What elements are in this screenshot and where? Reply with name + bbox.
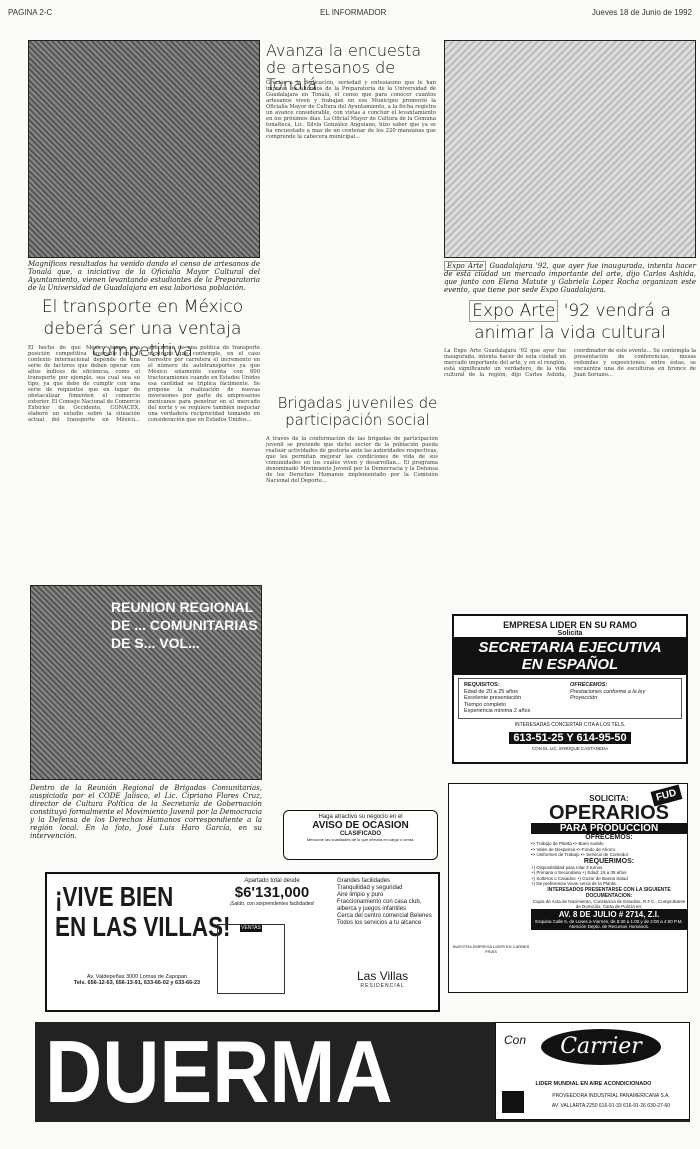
carrier-box: Con Carrier LIDER MUNDIAL EN AIRE ACONDI…	[495, 1022, 690, 1120]
secretaria-ad: EMPRESA LIDER EN SU RAMO Solicita SECRET…	[452, 614, 688, 764]
carrier-logo: Carrier	[541, 1029, 661, 1065]
villas-price: Apartado total desde$6'131,000¡Saldo, co…	[222, 878, 322, 907]
brigadas-headline: Brigadas juveniles de participación soci…	[275, 395, 440, 429]
secretaria-phones: 613-51-25 Y 614-95-50	[509, 732, 630, 744]
villas-features: Grandes facilidadesTranquilidad y seguri…	[337, 878, 437, 927]
artisans-photo-caption: Magníficos resultados ha venido dando el…	[28, 260, 260, 292]
aviso-ocasion-ad: Haga atractivo su negocio en el AVISO DE…	[283, 810, 438, 860]
expo-headline: Expo Arte '92 vendrá a animar la vida cu…	[444, 300, 696, 344]
brigadas-body: A través de la conformación de las briga…	[266, 436, 438, 796]
villas-headline: ¡VIVE BIENEN LAS VILLAS!	[55, 882, 230, 942]
secretaria-contact: INTERESADAS CONCERTAR CITA A LOS TELS.	[454, 722, 686, 728]
expo-arte-photo-caption: Expo Arte Guadalajara '92, que ayer fue …	[444, 262, 696, 294]
secretaria-with: CON EL LIC. ENRIQUE CASTAÑEDA	[454, 746, 686, 751]
villas-contact: Av. Valdepeñas 3000 Lomas de ZapopanTels…	[57, 974, 217, 986]
villas-map: VENTAS	[217, 924, 285, 994]
expo-arte-photo	[444, 40, 696, 258]
pip-logo	[502, 1091, 524, 1113]
secretaria-solicita: Solicita	[454, 630, 686, 637]
secretaria-title: SECRETARIA EJECUTIVAEN ESPAÑOL	[454, 637, 686, 675]
villas-logo: Las VillasRESIDENCIAL	[357, 969, 408, 989]
reunion-banner-text: REUNION REGIONAL DE ... COMUNITARIAS DE …	[111, 599, 258, 651]
page-number: PAGINA 2-C	[8, 8, 52, 17]
reunion-photo-caption: Dentro de la Reunión Regional de Brigada…	[30, 784, 262, 840]
tonala-body: Gracias a la dedicación, seriedad y entu…	[266, 80, 436, 385]
fud-operarios-ad: NUESTRA EMPRESA LIDER EN CARNES FRIAS FU…	[448, 783, 688, 993]
las-villas-ad: ¡VIVE BIENEN LAS VILLAS! Apartado total …	[45, 872, 440, 1012]
secretaria-top: EMPRESA LIDER EN SU RAMO	[454, 620, 686, 630]
artisans-photo	[28, 40, 260, 258]
issue-date: Jueves 18 de Junio de 1992	[592, 8, 692, 17]
reunion-photo: REUNION REGIONAL DE ... COMUNITARIAS DE …	[30, 585, 262, 780]
secretaria-details: REQUISITOS:Edad de 20 a 25 añosExcelente…	[458, 678, 682, 719]
carrier-ad: DUERMA Con Carrier LIDER MUNDIAL EN AIRE…	[35, 1022, 690, 1122]
expo-headline-kicker: Expo Arte	[469, 300, 558, 322]
duerma-text: DUERMA	[45, 1027, 393, 1117]
page-header: PAGINA 2-C EL INFORMADOR Jueves 18 de Ju…	[0, 8, 700, 22]
expo-body: La Expo Arte Guadalajara '92 que ayer fu…	[444, 348, 696, 608]
newspaper-name: EL INFORMADOR	[320, 8, 386, 17]
mascot-illustration: NUESTRA EMPRESA LIDER EN CARNES FRIAS	[451, 804, 531, 969]
transporte-body: El hecho de que México tenga una posició…	[28, 345, 260, 575]
